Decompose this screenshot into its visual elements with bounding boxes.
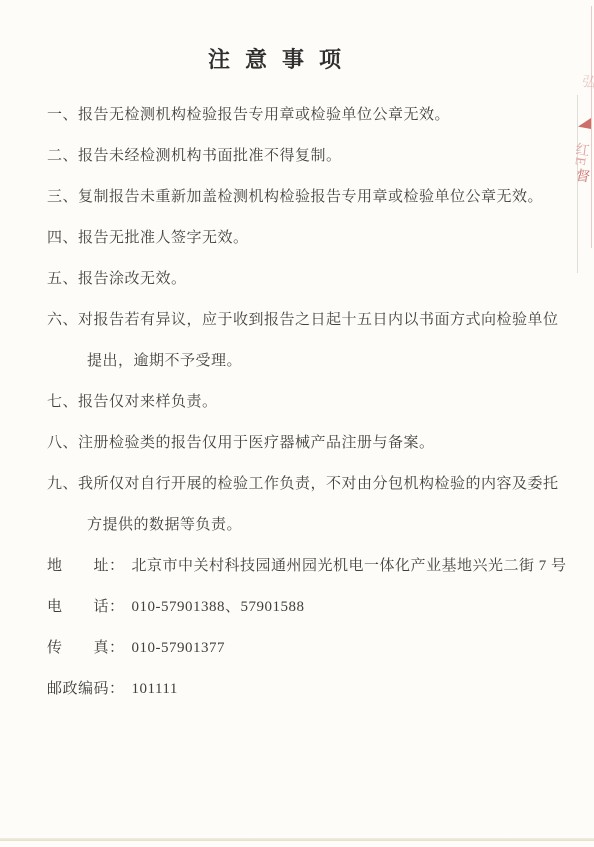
page-title: 注意事项 <box>208 47 594 73</box>
page-right-edge-red-line <box>591 6 592 248</box>
contact-fax-row: 传 真：010-57901377 <box>47 628 594 669</box>
phone-label: 电 话： <box>47 599 125 615</box>
contact-address-row: 地 址：北京市中关村科技园通州园光机电一体化产业基地兴光二街 7 号 <box>47 546 594 587</box>
red-stamp-fragment-3: 督 <box>573 167 589 184</box>
notice-item-3: 三、复制报告未重新加盖检测机构检验报告专用章或检验单位公章无效。 <box>47 177 574 218</box>
page-bottom-edge-shadow <box>0 838 594 841</box>
notice-item-8: 八、注册检验类的报告仅用于医疗器械产品注册与备案。 <box>47 423 574 464</box>
notice-list: 一、报告无检测机构检验报告专用章或检验单位公章无效。 二、报告未经检测机构书面批… <box>0 95 594 546</box>
address-value: 北京市中关村科技园通州园光机电一体化产业基地兴光二街 7 号 <box>132 558 567 574</box>
fax-label: 传 真： <box>47 640 125 656</box>
contact-phone-row: 电 话：010-57901388、57901588 <box>47 587 594 628</box>
postcode-value: 101111 <box>132 681 178 697</box>
notice-item-7: 七、报告仅对来样负责。 <box>47 382 574 423</box>
postcode-label: 邮政编码： <box>47 681 125 697</box>
notice-item-4: 四、报告无批准人签字无效。 <box>47 218 574 259</box>
phone-value: 010-57901388、57901588 <box>132 599 305 615</box>
red-stamp-fragment-2: 红E <box>571 141 588 167</box>
contact-info: 地 址：北京市中关村科技园通州园光机电一体化产业基地兴光二街 7 号 电 话：0… <box>0 546 594 710</box>
contact-postcode-row: 邮政编码：101111 <box>47 669 594 710</box>
document-page: 注意事项 一、报告无检测机构检验报告专用章或检验单位公章无效。 二、报告未经检测… <box>0 0 594 847</box>
page-right-edge-shadow <box>577 95 578 273</box>
notice-item-6: 六、对报告若有异议，应于收到报告之日起十五日内以书面方式向检验单位 提出，逾期不… <box>47 300 574 382</box>
notice-item-9: 九、我所仅对自行开展的检验工作负责，不对由分包机构检验的内容及委托 方提供的数据… <box>47 464 574 546</box>
notice-item-2: 二、报告未经检测机构书面批准不得复制。 <box>47 136 574 177</box>
notice-item-5: 五、报告涂改无效。 <box>47 259 574 300</box>
notice-item-1: 一、报告无检测机构检验报告专用章或检验单位公章无效。 <box>47 95 574 136</box>
fax-value: 010-57901377 <box>132 640 226 656</box>
address-label: 地 址： <box>47 558 125 574</box>
